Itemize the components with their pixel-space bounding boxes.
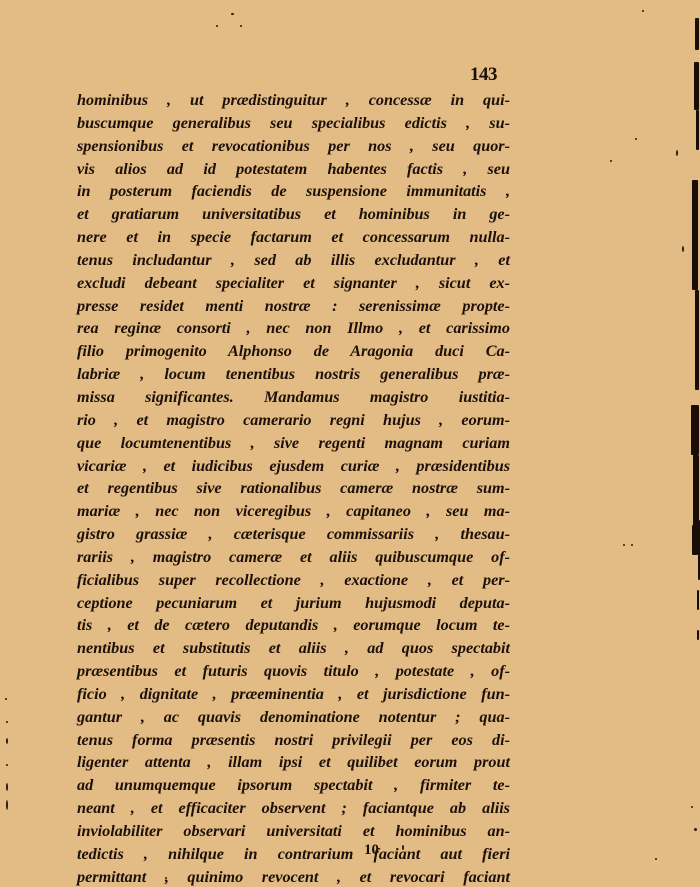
text-line: excludi debeant specialiter et signanter… (77, 272, 510, 295)
text-line: tenus includantur , sed ab illis excluda… (77, 249, 510, 272)
speck-artifact (642, 10, 644, 12)
text-line: hominibus , ut prædistinguitur , concess… (77, 89, 510, 112)
text-line: ligenter attenta , illam ipsi et quilibe… (77, 751, 510, 774)
speck-artifact (635, 138, 637, 140)
speck-artifact (623, 544, 625, 546)
speck-artifact (676, 150, 678, 156)
speck-artifact (6, 721, 8, 723)
text-line: tis , et de cætero deputandis , eorumque… (77, 614, 510, 637)
text-line: ficialibus super recollectione , exactio… (77, 569, 510, 592)
text-line: rariis , magistro cameræ et aliis quibus… (77, 546, 510, 569)
text-line: permittant , quinimo revocent , et revoc… (77, 866, 510, 887)
text-line: mariæ , nec non viceregibus , capitaneo … (77, 500, 510, 523)
text-line: spensionibus et revocationibus per nos ,… (77, 135, 510, 158)
text-line: ficio , dignitate , præeminentia , et ju… (77, 683, 510, 706)
text-line: in posterum faciendis de suspensione imm… (77, 180, 510, 203)
speck-artifact (655, 858, 657, 860)
scanned-page: 143 hominibus , ut prædistinguitur , con… (0, 0, 700, 887)
body-text: hominibus , ut prædistinguitur , concess… (77, 89, 510, 887)
text-line: vis alios ad id potestatem habentes fact… (77, 158, 510, 181)
text-line: buscumque generalibus seu specialibus ed… (77, 112, 510, 135)
speck-artifact (165, 877, 167, 879)
speck-artifact (5, 698, 7, 700)
speck-artifact (240, 25, 242, 27)
text-line: nentibus et substitutis et aliis , ad qu… (77, 637, 510, 660)
page-number: 143 (470, 64, 497, 86)
speck-artifact (231, 13, 234, 15)
speck-artifact (610, 160, 612, 162)
text-line: ad unumquemque ipsorum spectabit , firmi… (77, 774, 510, 797)
text-line: gistro grassiæ , cæterisque commissariis… (77, 523, 510, 546)
speck-artifact (691, 806, 693, 808)
text-line: tedictis , nihilque in contrarium facian… (77, 843, 510, 866)
text-line: gantur , ac quavis denominatione notentu… (77, 706, 510, 729)
text-line: filio primogenito Alphonso de Aragonia d… (77, 340, 510, 363)
text-line: rea reginæ consorti , nec non Illmo , et… (77, 317, 510, 340)
text-line: et gratiarum universitatibus et hominibu… (77, 203, 510, 226)
speck-artifact (694, 828, 697, 831)
text-line: ceptione pecuniarum et jurium hujusmodi … (77, 592, 510, 615)
text-line: labriæ , locum tenentibus nostris genera… (77, 363, 510, 386)
text-line: neant , et efficaciter observent ; facia… (77, 797, 510, 820)
speck-artifact (6, 783, 8, 791)
speck-artifact (216, 25, 218, 27)
speck-artifact (402, 845, 404, 850)
binding-edge-artifact (686, 0, 700, 887)
text-line: que locumtenentibus , sive regenti magna… (77, 432, 510, 455)
signature-mark: 10 (364, 842, 379, 859)
text-line: presse residet menti nostræ : serenissim… (77, 295, 510, 318)
text-line: vicariæ , et iudicibus ejusdem curiæ , p… (77, 455, 510, 478)
text-line: nere et in specie factarum et concessaru… (77, 226, 510, 249)
text-line: et regentibus sive rationalibus cameræ n… (77, 477, 510, 500)
text-line: tenus forma præsentis nostri privilegii … (77, 729, 510, 752)
text-line: missa significantes. Mandamus magistro i… (77, 386, 510, 409)
speck-artifact (6, 764, 8, 766)
speck-artifact (347, 852, 349, 854)
speck-artifact (6, 800, 8, 810)
speck-artifact (682, 246, 684, 252)
text-line: rio , et magistro camerario regni hujus … (77, 409, 510, 432)
text-line: inviolabiliter observari universitati et… (77, 820, 510, 843)
text-line: præsentibus et futuris quovis titulo , p… (77, 660, 510, 683)
speck-artifact (6, 738, 8, 744)
speck-artifact (631, 544, 633, 546)
